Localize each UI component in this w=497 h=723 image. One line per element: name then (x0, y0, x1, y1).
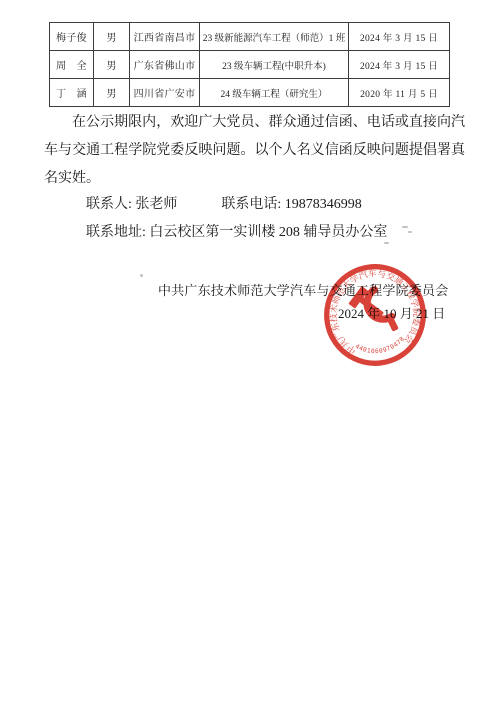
scan-artifact (408, 231, 412, 233)
contact-address: 联系地址: 白云校区第一实训楼 208 辅导员办公室 (86, 221, 387, 241)
cell-hometown: 广东省佛山市 (130, 51, 200, 79)
cell-class: 24 级车辆工程（研究生） (200, 79, 349, 107)
cell-date: 2020 年 11 月 5 日 (349, 79, 450, 107)
official-seal: 中共广东技术师范大学汽车与交通工程学院委员会 4401060970478 (310, 251, 440, 378)
cell-class: 23 级车辆工程(中职升本) (200, 51, 349, 79)
cell-gender: 男 (94, 79, 130, 107)
cell-date: 2024 年 3 月 15 日 (349, 23, 450, 51)
scan-artifact (384, 242, 389, 244)
cell-hometown: 四川省广安市 (130, 79, 200, 107)
table-row: 梅子俊 男 江西省南昌市 23 级新能源汽车工程（师范）1 班 2024 年 3… (50, 23, 450, 51)
cell-name: 梅子俊 (50, 23, 94, 51)
table-row: 周 全 男 广东省佛山市 23 级车辆工程(中职升本) 2024 年 3 月 1… (50, 51, 450, 79)
contact-line: 联系人: 张老师联系电话: 19878346998 (86, 193, 362, 213)
contact-person: 联系人: 张老师 (86, 197, 177, 212)
cell-gender: 男 (94, 51, 130, 79)
cell-date: 2024 年 3 月 15 日 (349, 51, 450, 79)
document-page: 梅子俊 男 江西省南昌市 23 级新能源汽车工程（师范）1 班 2024 年 3… (0, 0, 497, 723)
cell-class: 23 级新能源汽车工程（师范）1 班 (200, 23, 349, 51)
roster-table: 梅子俊 男 江西省南昌市 23 级新能源汽车工程（师范）1 班 2024 年 3… (49, 22, 450, 107)
table-row: 丁 涵 男 四川省广安市 24 级车辆工程（研究生） 2020 年 11 月 5… (50, 79, 450, 107)
notice-paragraph: 在公示期限内，欢迎广大党员、群众通过信函、电话或直接向汽车与交通工程学院党委反映… (44, 109, 465, 193)
scan-artifact (402, 226, 408, 228)
cell-gender: 男 (94, 23, 130, 51)
cell-name: 丁 涵 (50, 79, 94, 107)
cell-name: 周 全 (50, 51, 94, 79)
contact-phone: 联系电话: 19878346998 (221, 197, 361, 212)
scan-artifact (140, 274, 143, 277)
hammer-sickle-icon (346, 282, 399, 338)
cell-hometown: 江西省南昌市 (130, 23, 200, 51)
